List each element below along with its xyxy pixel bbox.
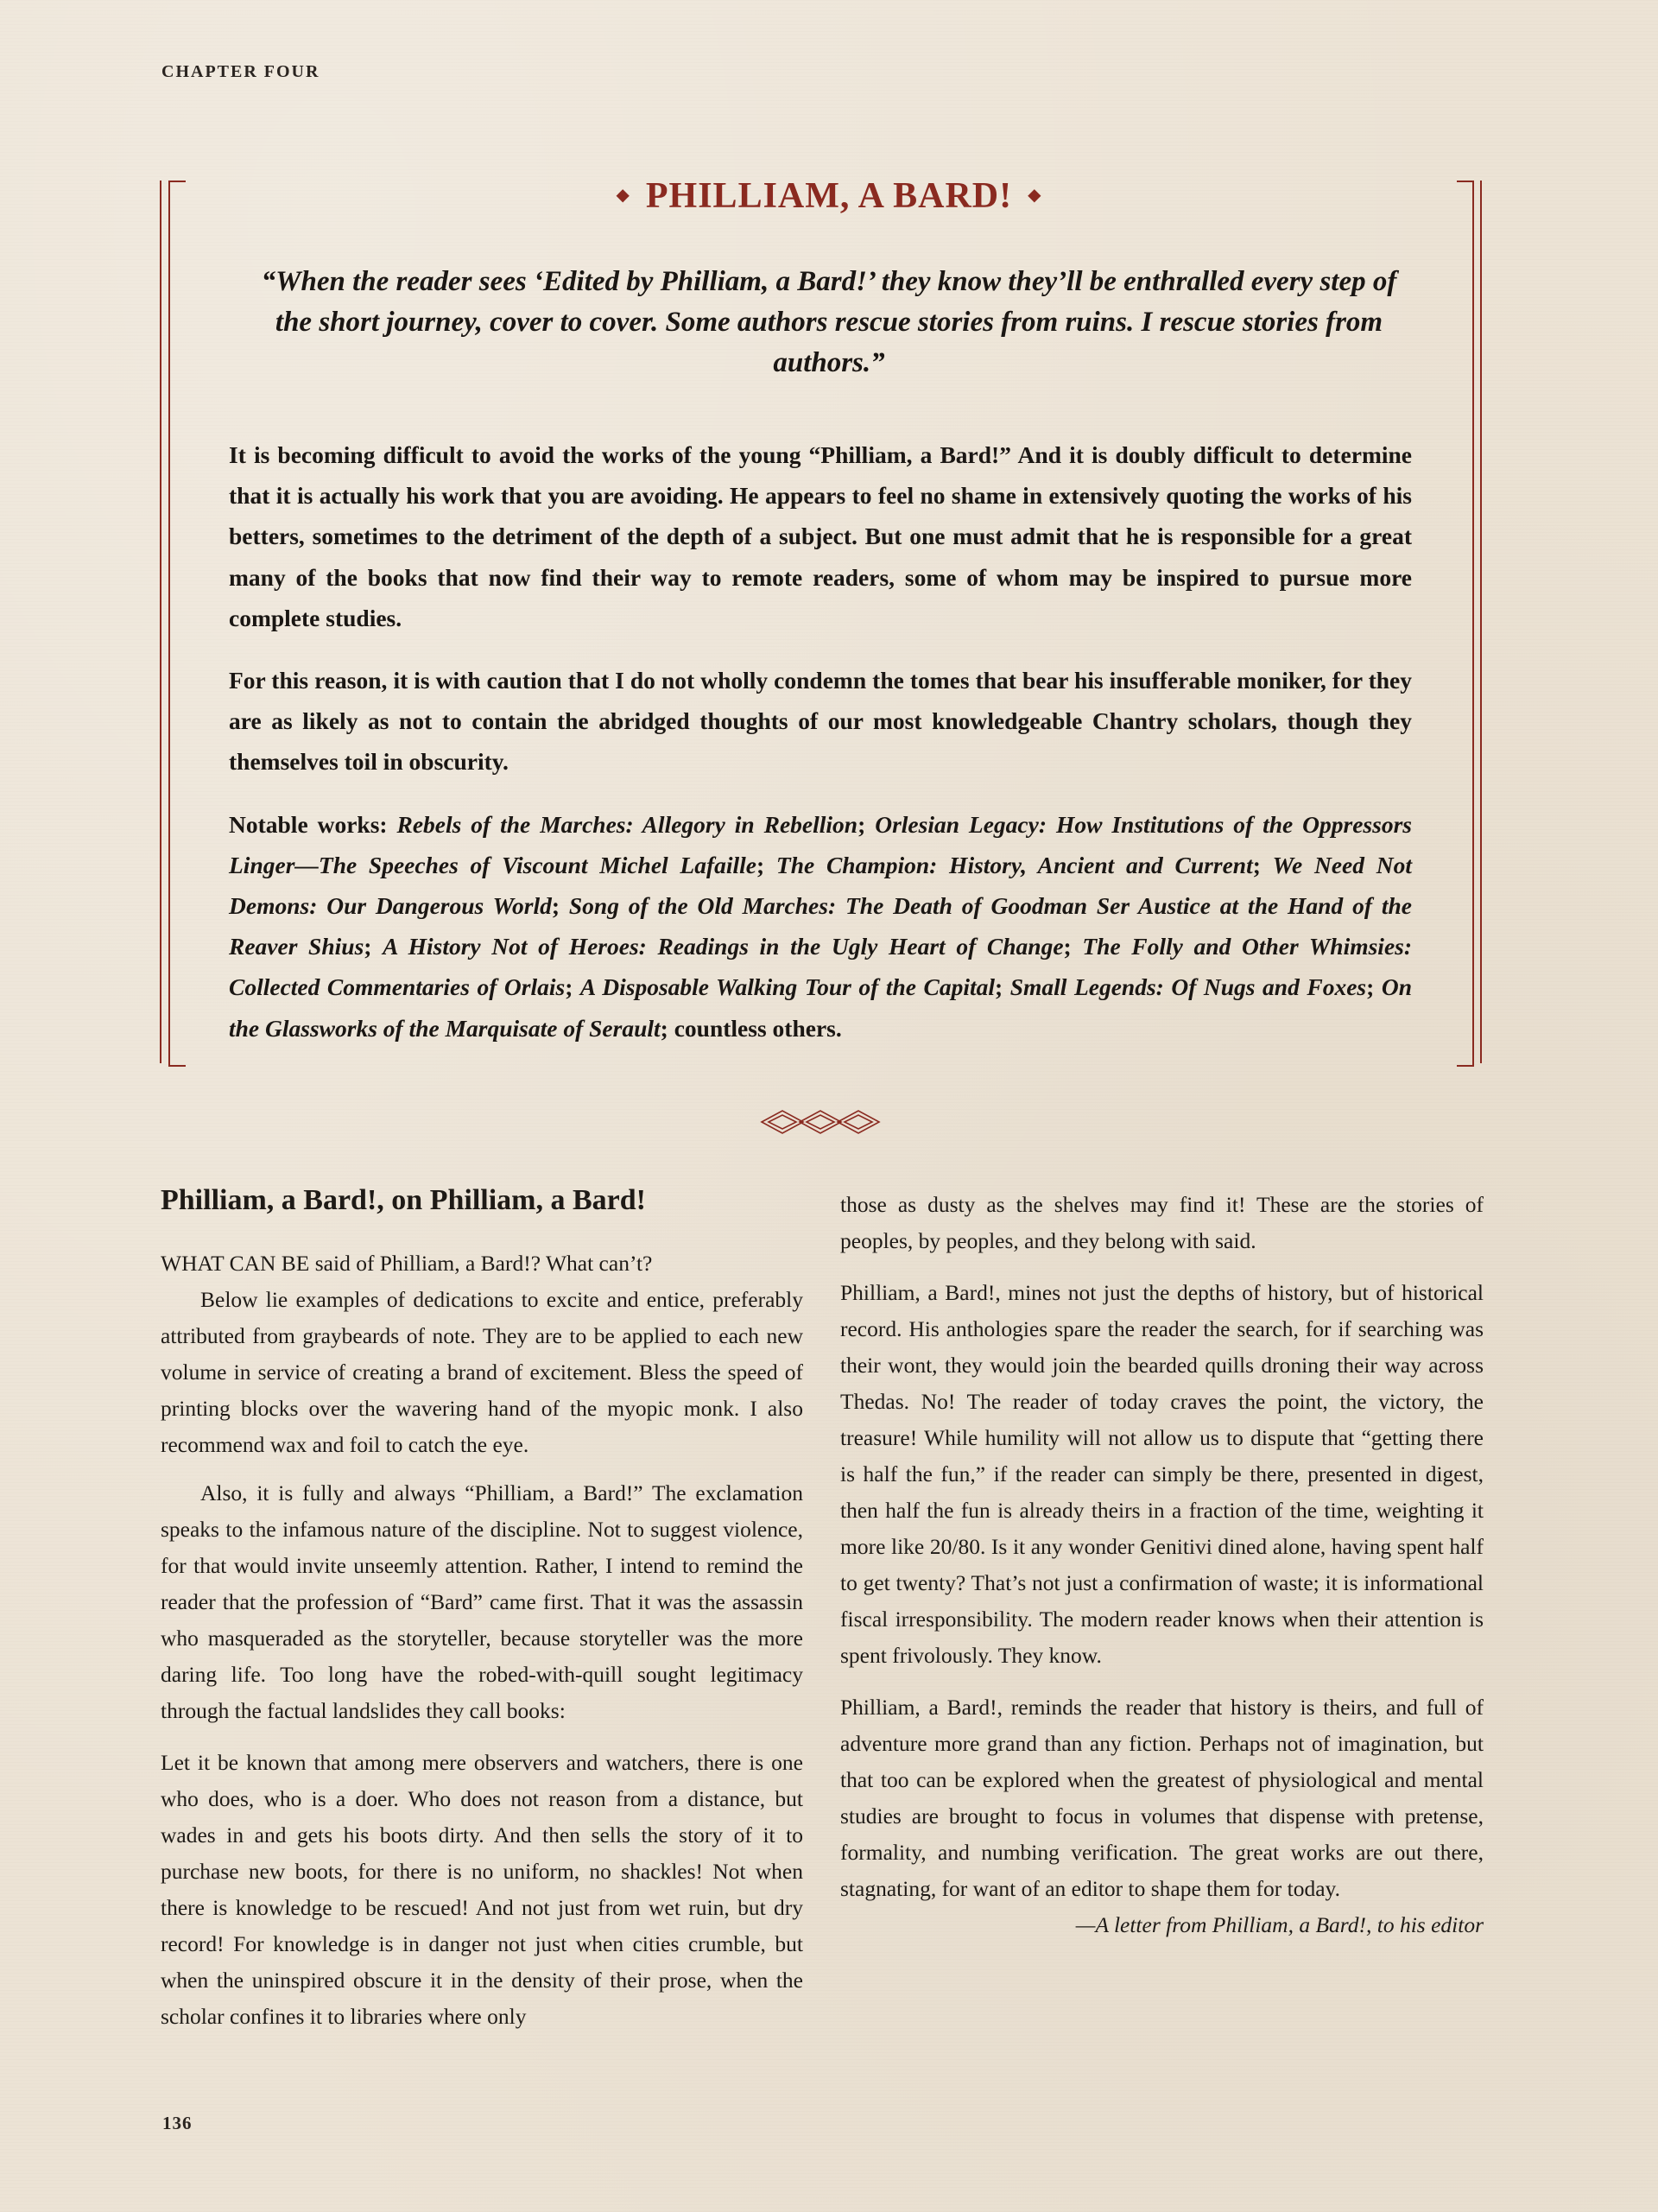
article-paragraph: Also, it is fully and always “Philliam, …	[161, 1475, 803, 1729]
sidebar-pull-quote: “When the reader sees ‘Edited by Phillia…	[250, 262, 1408, 383]
sidebar-bracket-left-inner	[168, 181, 186, 1067]
sidebar-paragraph: It is becoming difficult to avoid the wo…	[229, 434, 1412, 638]
notable-works: Notable works: Rebels of the Marches: Al…	[229, 804, 1412, 1049]
article-opening: WHAT CAN BE said of Philliam, a Bard!? W…	[161, 1245, 803, 1282]
sidebar-paragraph: For this reason, it is with caution that…	[229, 660, 1412, 783]
notable-work: A History Not of Heroes: Readings in the…	[383, 933, 1063, 960]
notable-work: Rebels of the Marches: Allegory in Rebel…	[397, 811, 858, 838]
sidebar-title: ◆PHILLIAM, A BARD!◆	[199, 175, 1459, 217]
article-right-column: those as dusty as the shelves may find i…	[840, 1187, 1484, 1943]
sidebar-body: It is becoming difficult to avoid the wo…	[229, 434, 1412, 1070]
notable-works-suffix: ; countless others.	[661, 1015, 842, 1042]
article-paragraph: Let it be known that among mere observer…	[161, 1745, 803, 2035]
sidebar-title-text: PHILLIAM, A BARD!	[646, 176, 1012, 216]
notable-work: Small Legends: Of Nugs and Foxes	[1010, 973, 1366, 1000]
notable-works-label: Notable works:	[229, 811, 388, 838]
diamond-chain-ornament-icon	[760, 1107, 881, 1137]
article-paragraph: Philliam, a Bard!, reminds the reader th…	[840, 1689, 1484, 1907]
sidebar-bracket-right-outer	[1480, 181, 1482, 1063]
article-left-column: Philliam, a Bard!, on Philliam, a Bard! …	[161, 1182, 803, 2035]
article-paragraph: Below lie examples of dedications to exc…	[161, 1282, 803, 1463]
sidebar-bracket-right-inner	[1457, 181, 1474, 1067]
page-number: 136	[162, 2113, 193, 2134]
diamond-icon: ◆	[1028, 186, 1041, 205]
sidebar-bracket-left-outer	[160, 181, 161, 1063]
article-signoff: —A letter from Philliam, a Bard!, to his…	[840, 1907, 1484, 1943]
notable-work: A Disposable Walking Tour of the Capital	[580, 973, 995, 1000]
article-heading: Philliam, a Bard!, on Philliam, a Bard!	[161, 1182, 803, 1220]
chapter-label: CHAPTER FOUR	[161, 62, 320, 82]
notable-work: The Champion: History, Ancient and Curre…	[776, 852, 1253, 878]
diamond-icon: ◆	[617, 186, 630, 205]
article-paragraph: Philliam, a Bard!, mines not just the de…	[840, 1275, 1484, 1674]
article-paragraph: those as dusty as the shelves may find i…	[840, 1187, 1484, 1259]
